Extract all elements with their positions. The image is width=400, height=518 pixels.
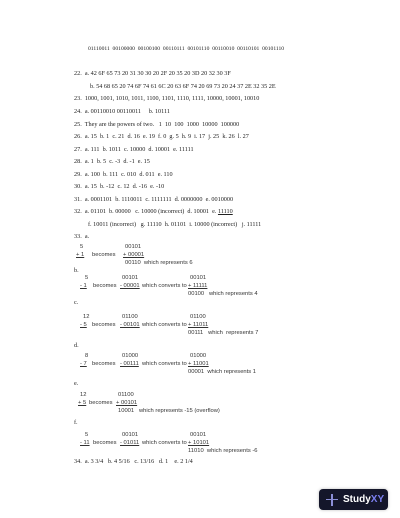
q33b-b2: - 00001 — [120, 284, 140, 290]
answer-28: 28. a. 1 b. 5 c. -3 d. -1 e. 15 — [74, 159, 150, 165]
q33c-c2: + 11011 — [188, 323, 208, 329]
q33e-b2: + 00101 — [116, 401, 137, 407]
answer-30: 30. a. 15 b. -12 c. 12 d. -16 e. -10 — [74, 184, 164, 190]
q33d-b1: 01000 — [122, 354, 138, 360]
q33c-b2: - 00101 — [120, 323, 140, 329]
q33f-n1: 5 — [85, 433, 88, 439]
q33b-result: 00100 which represents 4 — [188, 292, 258, 298]
binary-line: 01110011 00100000 00100100 00110111 0010… — [88, 47, 284, 53]
brand-name: StudyXY — [343, 494, 384, 505]
q33f-c1: 00101 — [190, 433, 206, 439]
q33f-result: 11010 which represents -6 — [188, 449, 258, 455]
answer-22b: b. 54 68 65 20 74 6F 74 61 6C 20 63 6F 7… — [90, 84, 276, 90]
q33e-b1: 01100 — [118, 393, 134, 399]
q33e-label: e. — [74, 381, 78, 387]
answer-32-line1: 32. a. 01101 b. 00000 c. 10000 (incorrec… — [74, 209, 233, 215]
q33f-converts: which converts to — [142, 441, 187, 447]
q33c-becomes: becomes — [92, 323, 116, 329]
answer-32e: 11110 — [218, 208, 233, 215]
q33c-result: 00111 which represents 7 — [188, 331, 258, 337]
q33c-c1: 01100 — [190, 315, 206, 321]
q33c-b1: 01100 — [122, 315, 138, 321]
plus-icon — [325, 493, 339, 507]
answer-27: 27. a. 111 b. 1011 c. 10000 d. 10001 e. … — [74, 147, 194, 153]
q33b-becomes: becomes — [93, 284, 117, 290]
answer-32-line2: f. 10011 (incorrect) g. 11110 h. 01101 i… — [88, 222, 261, 228]
q33f-b1: 00101 — [122, 433, 138, 439]
q33f-label: f. — [74, 420, 78, 426]
q33b-converts: which converts to — [142, 284, 187, 290]
answer-23: 23. 1000, 1001, 1010, 1011, 1100, 1101, … — [74, 96, 259, 102]
q33c-label: c. — [74, 300, 78, 306]
q33a-result: 00110 which represents 6 — [125, 261, 193, 267]
q33c-n1: 12 — [83, 315, 89, 321]
q33b-b1: 00101 — [122, 276, 138, 282]
q33f-becomes: becomes — [93, 441, 117, 447]
q33b-c1: 00101 — [190, 276, 206, 282]
q33d-b2: - 00111 — [120, 362, 139, 368]
answer-34: 34. a. 3 3/4 b. 4 5/16 c. 13/16 d. 1 e. … — [74, 459, 193, 465]
q33b-op: - 1 — [80, 284, 87, 290]
answer-29: 29. a. 100 b. 111 c. 010 d. 011 e. 110 — [74, 172, 173, 178]
q33e-result: 10001 which represents -15 (overflow) — [118, 409, 220, 415]
brand-main: Study — [343, 494, 371, 505]
q33a-op: + 1 — [76, 253, 84, 259]
q33c-op: - 5 — [80, 323, 87, 329]
q33d-c1: 01000 — [190, 354, 206, 360]
q33a-b2: + 00001 — [123, 253, 144, 259]
answer-25: 25. They are the powers of two. 1 10 100… — [74, 122, 239, 128]
studyxy-badge[interactable]: StudyXY — [319, 489, 388, 510]
q33a-b1: 00101 — [125, 245, 141, 251]
q33f-op: - 11 — [80, 441, 90, 447]
q33b-n1: 5 — [85, 276, 88, 282]
q33e-becomes: becomes — [89, 401, 113, 407]
q33d-c2: + 11001 — [188, 362, 209, 368]
answer-26: 26. a. 15 b. 1 c. 21 d. 16 e. 19 f. 0 g.… — [74, 134, 249, 140]
q33d-result: 00001 which represents 1 — [188, 370, 256, 376]
q33a-becomes: becomes — [92, 253, 116, 259]
q33e-n1: 12 — [80, 393, 86, 399]
q33a-n1: 5 — [80, 245, 83, 251]
q33b-label: b. — [74, 268, 79, 274]
q33d-op: - 7 — [80, 362, 87, 368]
q33f-b2: - 01011 — [120, 441, 139, 447]
answer-32-text: 32. a. 01101 b. 00000 c. 10000 (incorrec… — [74, 208, 218, 215]
q33d-n1: 8 — [85, 354, 88, 360]
q33f-c2: + 10101 — [188, 441, 209, 447]
answer-24: 24. a. 00110010 00110011 b. 10111 — [74, 109, 170, 115]
answer-22a: 22. a. 42 6F 65 73 20 31 30 30 20 2F 20 … — [74, 71, 231, 77]
q33e-op: + 5 — [78, 401, 86, 407]
brand-accent: XY — [371, 494, 384, 505]
q33c-converts: which converts to — [142, 323, 187, 329]
q33d-label: d. — [74, 343, 79, 349]
answer-31: 31. a. 0001101 b. 1110011 c. 1111111 d. … — [74, 197, 233, 203]
q33b-c2: + 11111 — [188, 284, 207, 290]
q33d-becomes: becomes — [92, 362, 116, 368]
answer-33-label: 33. a. — [74, 234, 89, 240]
q33d-converts: which converts to — [142, 362, 187, 368]
